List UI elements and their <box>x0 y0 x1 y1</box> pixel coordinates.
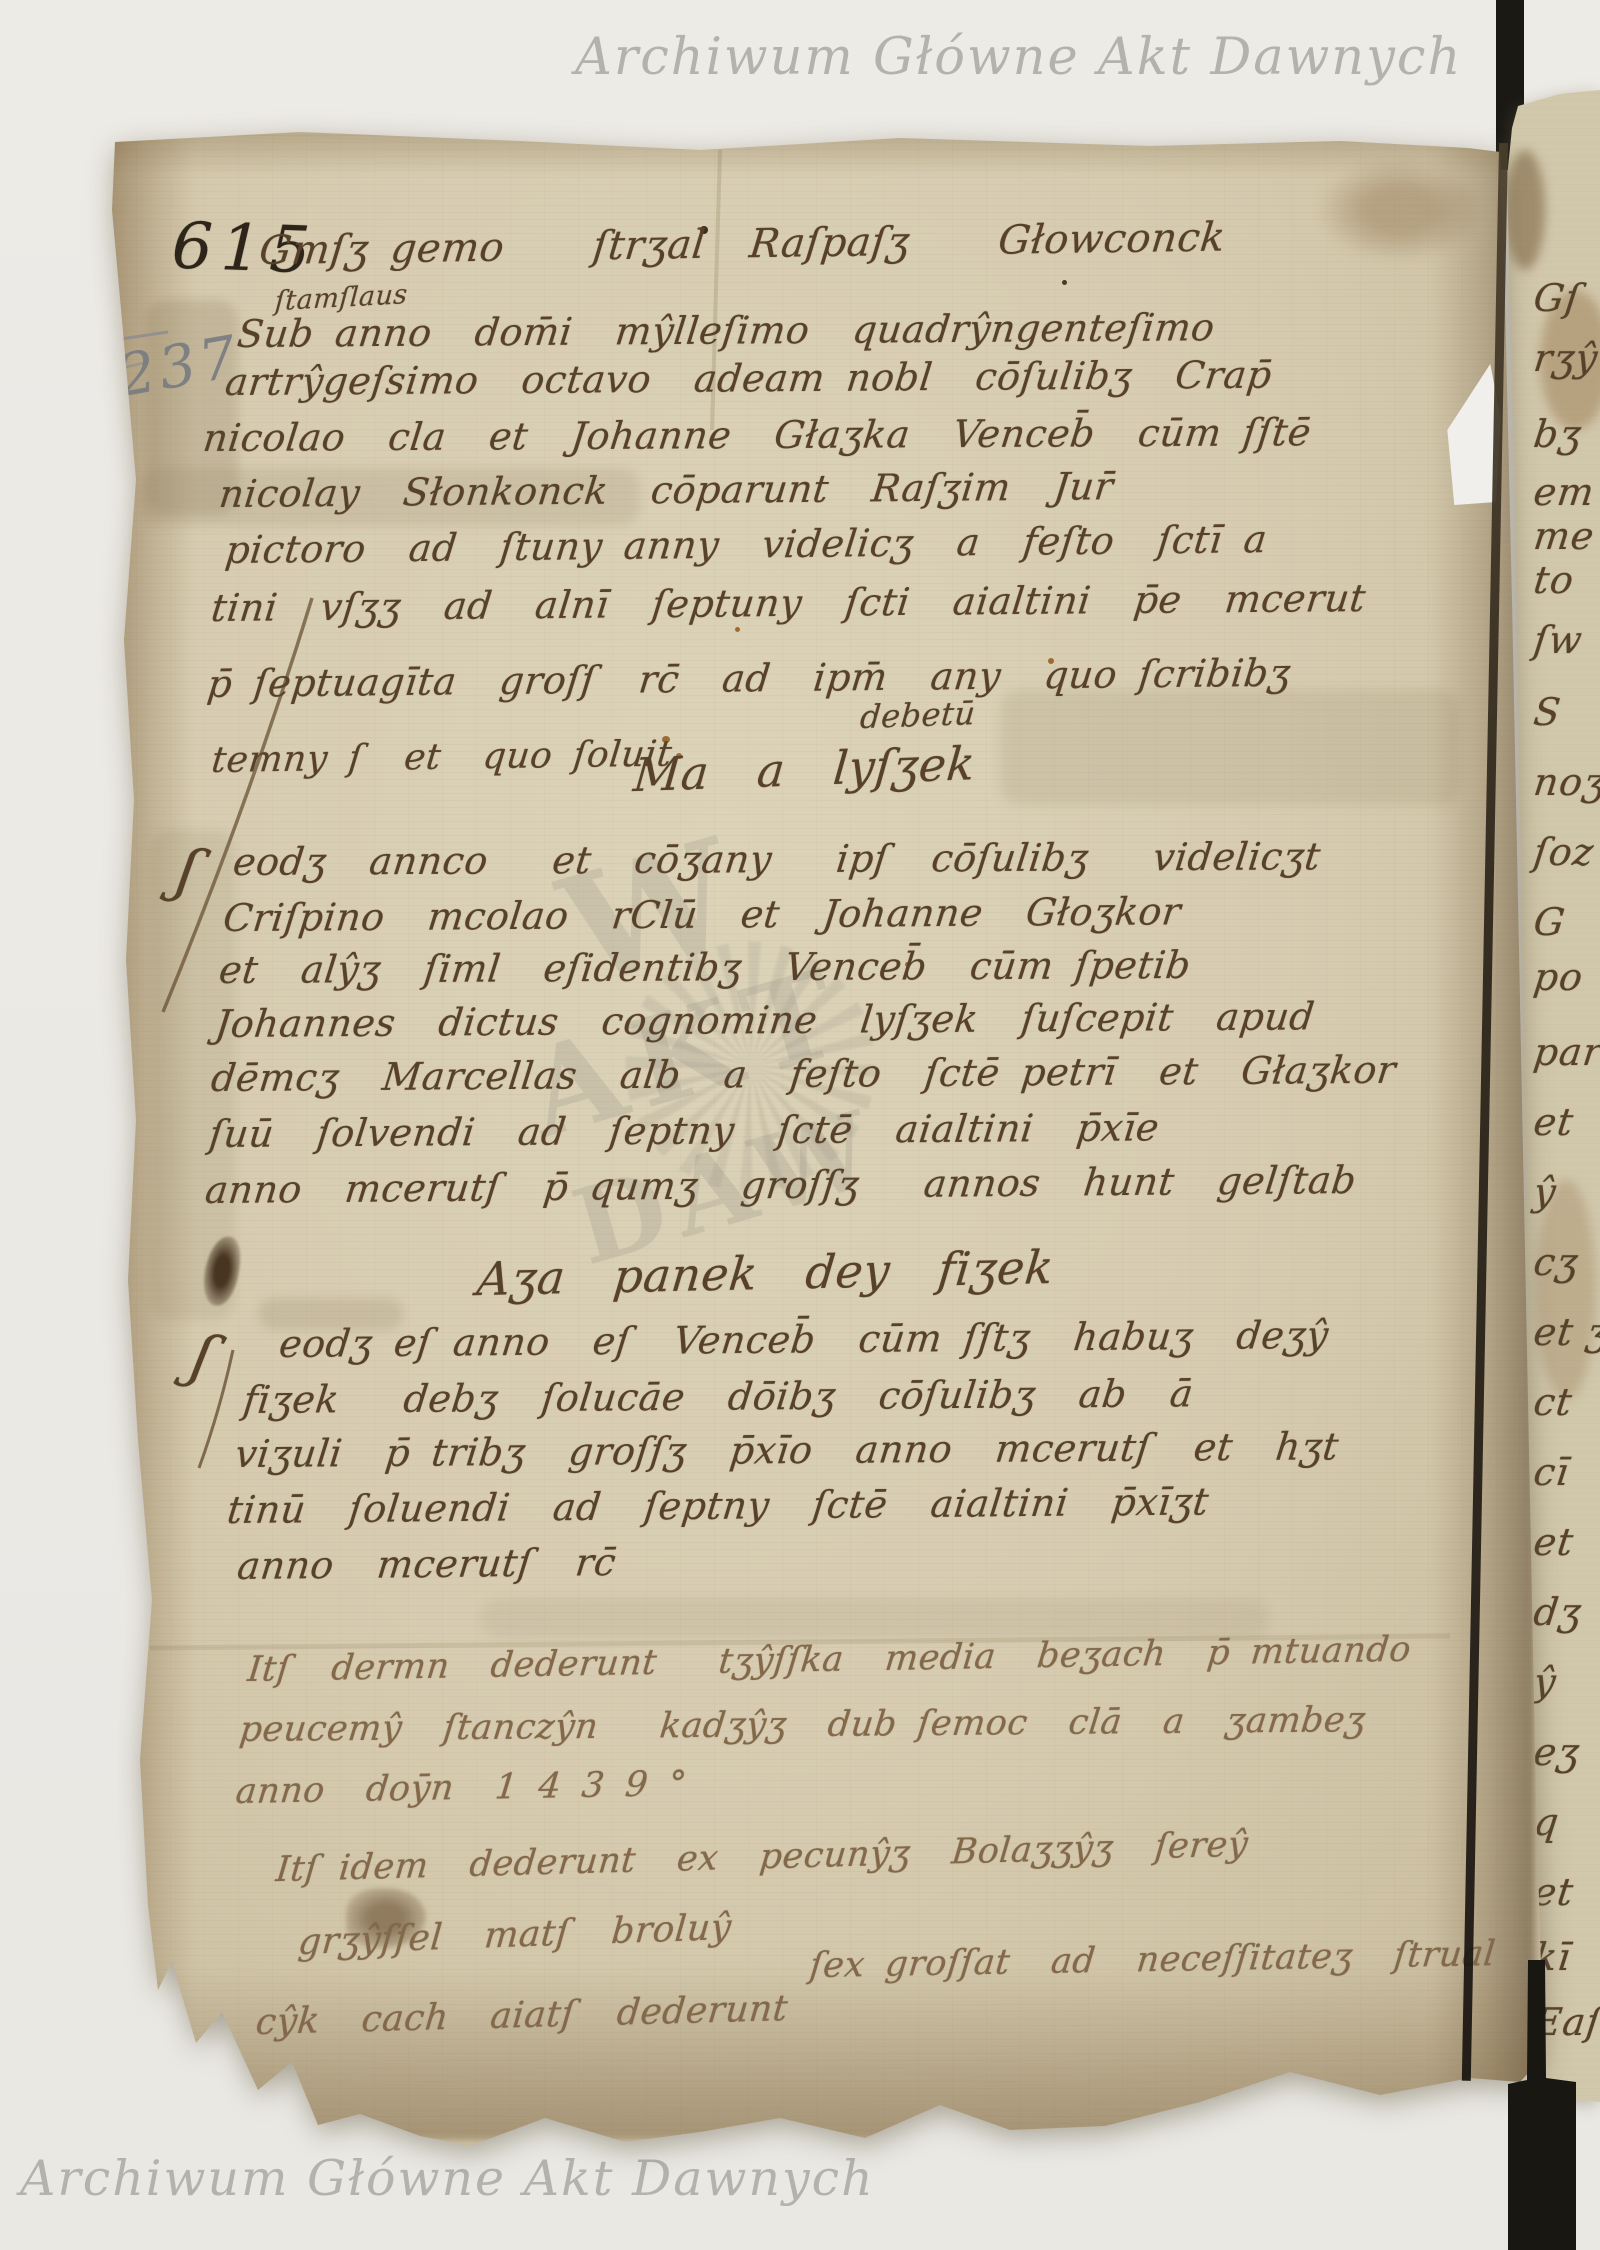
manuscript-line: eodʒ annco et cōʒany ipſ cōſulibʒ videli… <box>231 834 1323 884</box>
manuscript-line: anno doȳn 1 4 3 9 ° <box>234 1764 689 1812</box>
manuscript-line: et alŷʒ ſiml eſidentibʒ Venceb̄ cūm ſpet… <box>217 943 1194 992</box>
manuscript-line: Criſpino mcolao rClū et Johanne Głoʒkor <box>221 889 1183 940</box>
pen-stroke <box>70 1938 152 2062</box>
manuscript-page: W AKT DAW <box>0 0 1600 2250</box>
manuscript-line: Johannes dictus cognomine lyſʒek ſuſcepi… <box>213 994 1317 1046</box>
pen-stroke <box>56 1952 98 2002</box>
manuscript-line: dēmcʒ Marcellas alb a feſto ſctē petrī e… <box>209 1048 1398 1100</box>
manuscript-page-wrap: W AKT DAW <box>0 0 1600 2250</box>
manuscript-line: temny ſ et quo ſoluit <box>210 734 675 781</box>
ink-speck <box>1062 280 1067 285</box>
scanned-manuscript-view: Archiwum Główne Akt Dawnych Archiwum Głó… <box>0 0 1600 2250</box>
manuscript-line: fiʒek debʒ ſolucāe dōibʒ cōſulibʒ ab ā <box>241 1371 1196 1422</box>
brown-stain <box>1320 160 1480 260</box>
manuscript-line: ſuū ſolvendi ad ſeptny ſctē aialtini p̄x… <box>207 1105 1162 1156</box>
manuscript-line: Sub anno dom̄i mŷlleſimo quadrŷngenteſim… <box>235 305 1217 356</box>
manuscript-line: debetū <box>859 694 978 736</box>
manuscript-line: tinū ſoluendi ad ſeptny ſctē aialtini p̄… <box>225 1479 1211 1532</box>
manuscript-line: nicolay Słonkonck cōparunt Raſʒim Jur̄ <box>217 464 1116 516</box>
manuscript-line: artrŷgeſsimo octavo adeam nobl cōſulibʒ … <box>223 353 1274 404</box>
rust-speck <box>735 627 740 632</box>
manuscript-line: eodʒ eſ anno eſ Venceb̄ cūm ſſtʒ habuʒ d… <box>277 1313 1331 1366</box>
manuscript-line: nicolao cla et Johanne Głaʒka Venceb̄ cū… <box>201 410 1314 460</box>
manuscript-line: anno mcerutſ rc̄ <box>235 1540 618 1588</box>
manuscript-line: viʒuli p̄ tribʒ groſſʒ p̄xīo anno mcerut… <box>233 1424 1341 1476</box>
